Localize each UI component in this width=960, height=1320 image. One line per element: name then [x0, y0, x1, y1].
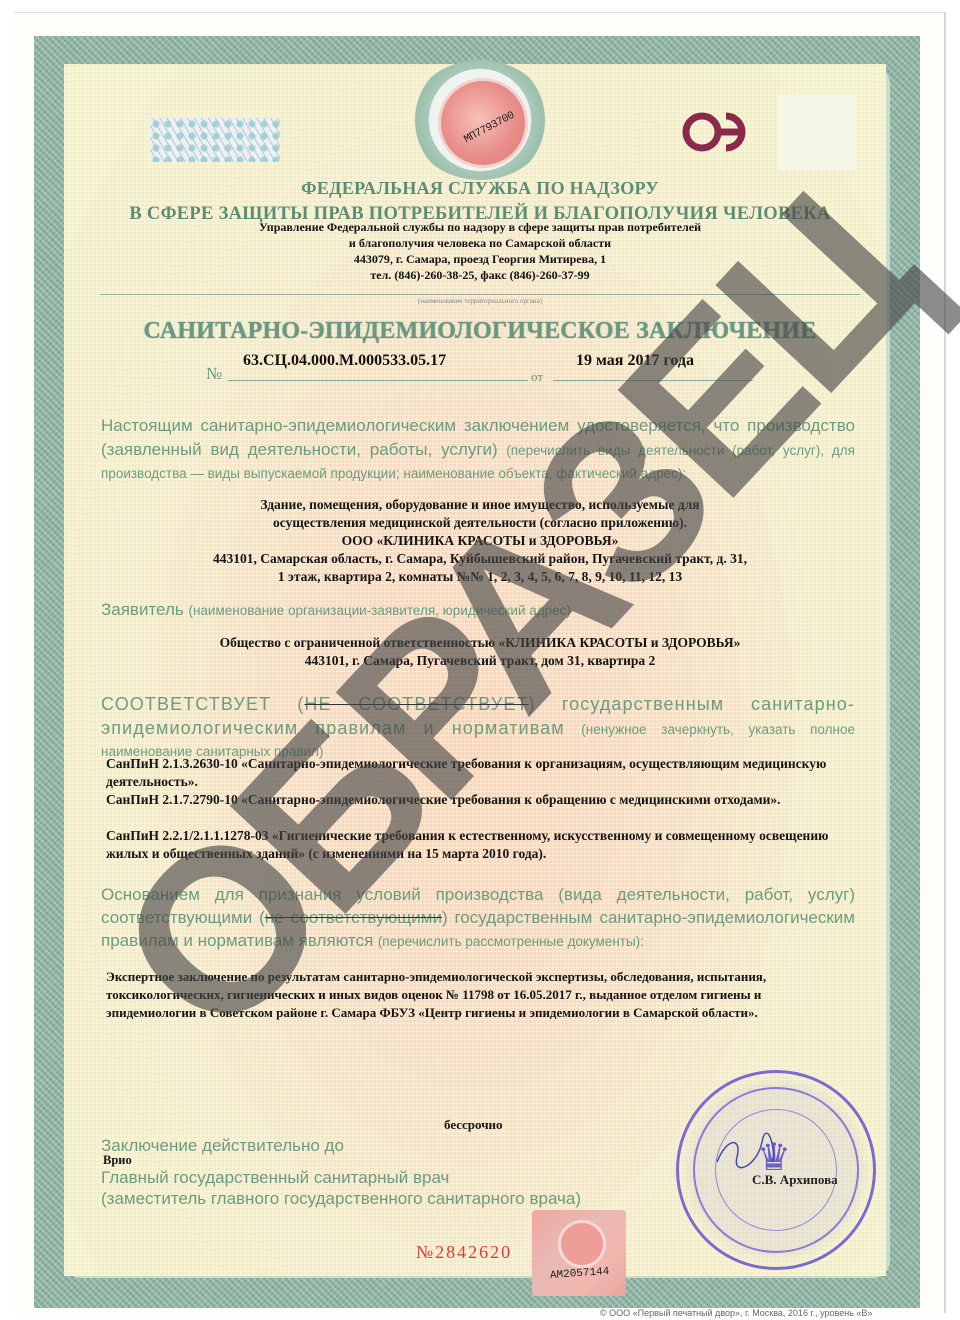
applicant-label: Заявитель	[101, 600, 184, 619]
hologram-icon	[438, 78, 528, 168]
object-company: ООО «КЛИНИКА КРАСОТЫ и ЗДОРОВЬЯ»	[0, 532, 960, 550]
applicant-name: Общество с ограниченной ответственностью…	[0, 634, 960, 652]
security-pattern-box	[150, 118, 280, 162]
intro-paragraph: Настоящим санитарно-эпидемиологическим з…	[101, 414, 855, 485]
office-line: и благополучия человека по Самарской обл…	[0, 236, 960, 251]
applicant-address: 443101, г. Самара, Пугачевский тракт, до…	[0, 652, 960, 670]
date-label: от	[531, 369, 543, 385]
certificate-date: 19 мая 2017 года	[576, 352, 694, 370]
basis-documents: Экспертное заключение по результатам сан…	[106, 968, 836, 1022]
object-line: Здание, помещения, оборудование и иное и…	[0, 496, 960, 514]
basis-paragraph: Основанием для признания условий произво…	[101, 884, 855, 953]
signature-icon	[712, 1132, 782, 1172]
object-line: осуществления медицинской деятельности (…	[0, 514, 960, 532]
signatory-name: С.В. Архипова	[752, 1172, 838, 1188]
rule-item: СанПиН 2.2.1/2.1.1.1278-03 «Гигиенически…	[106, 827, 846, 863]
rule-item: СанПиН 2.1.3.2630-10 «Санитарно-эпидемио…	[106, 755, 846, 791]
se-mark-icon	[678, 108, 760, 156]
validity-value: бессрочно	[444, 1116, 503, 1134]
agency-name-line1: ФЕДЕРАЛЬНАЯ СЛУЖБА ПО НАДЗОРУ	[0, 178, 960, 199]
certificate-number: 63.СЦ.04.000.М.000533.05.17	[243, 352, 446, 370]
divider	[100, 294, 860, 295]
struck-basis: не соответствующими	[265, 908, 442, 927]
compliance-paragraph: СООТВЕТСТВУЕТ (НЕ СООТВЕТСТВУЕТ) государ…	[101, 693, 855, 763]
office-line: Управление Федеральной службы по надзору…	[0, 220, 960, 235]
number-underline	[228, 380, 528, 381]
hologram-icon	[558, 1220, 606, 1268]
blank-area	[778, 94, 856, 170]
applicant-hint: (наименование организации-заявителя, юри…	[188, 603, 570, 618]
object-address: 443101, Самарская область, г. Самара, Ку…	[0, 550, 960, 568]
office-address: 443079, г. Самара, проезд Георгия Митире…	[0, 252, 960, 267]
printer-note: © ООО «Первый печатный двор», г. Москва,…	[600, 1308, 872, 1318]
number-label: №	[206, 364, 222, 384]
document-title: САНИТАРНО-ЭПИДЕМИОЛОГИЧЕСКОЕ ЗАКЛЮЧЕНИЕ	[0, 318, 960, 345]
applicant-heading: Заявитель (наименование организации-заяв…	[101, 600, 855, 620]
compliance-status: СООТВЕТСТВУЕТ	[101, 694, 271, 714]
date-underline	[553, 380, 753, 381]
office-phone: тел. (846)-260-38-25, факс (846)-260-37-…	[0, 268, 960, 283]
hologram-serial: АМ2057144	[550, 1266, 610, 1282]
hologram-seal-top: МП7793700	[400, 60, 560, 180]
hologram-seal-bottom: АМ2057144	[532, 1210, 626, 1296]
form-number: №2842620	[416, 1242, 512, 1263]
office-caption: (наименование территориального органа)	[0, 297, 960, 305]
basis-hint: (перечислить рассмотренные документы):	[378, 934, 644, 949]
rule-item: СанПиН 2.1.7.2790-10 «Санитарно-эпидемио…	[106, 791, 816, 809]
struck-noncompliance: НЕ СООТВЕТСТВУЕТ	[304, 694, 528, 714]
signature-prefix: Врио	[103, 1151, 132, 1169]
object-rooms: 1 этаж, квартира 2, комнаты №№ 1, 2, 3, …	[0, 568, 960, 586]
